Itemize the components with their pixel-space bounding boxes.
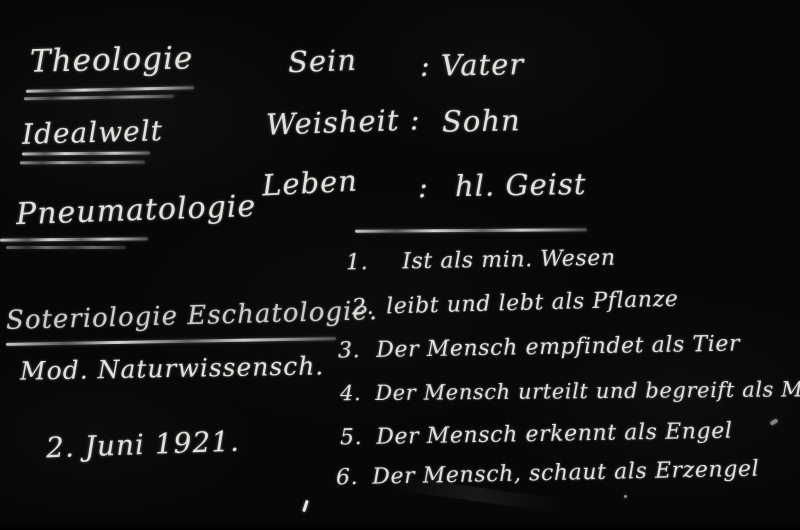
- underline-soteriologie: [6, 337, 336, 346]
- chalk-speck: [302, 500, 309, 512]
- trinity-term-weisheit: Weisheit :: [265, 102, 421, 141]
- heading-pneumatologie: Pneumatologie: [15, 189, 256, 232]
- trinity-person-vater: : Vater: [420, 47, 525, 83]
- stage-number: 4.: [340, 381, 361, 405]
- stage-number: 3.: [338, 338, 361, 363]
- trinity-term-leben: Leben: [261, 164, 358, 203]
- underline-pneumatologie-2: [6, 246, 126, 249]
- date-label: 2. Juni 1921.: [45, 425, 240, 465]
- blackboard-photo: Theologie Idealwelt Pneumatologie Soteri…: [0, 0, 800, 530]
- chalk-speck: [770, 418, 779, 425]
- underline-pneumatologie-1: [0, 237, 148, 241]
- heading-theologie: Theologie: [30, 40, 194, 79]
- stage-number: 5.: [340, 425, 363, 450]
- stage-text: Der Mensch erkennt als Engel: [376, 419, 733, 450]
- stage-number: 2.: [352, 295, 375, 321]
- trinity-person-hl-geist: hl. Geist: [455, 167, 587, 203]
- stage-item-4: 4.Der Mensch urteilt und begreift als Me…: [340, 377, 800, 406]
- trinity-colon-leben: :: [418, 170, 429, 204]
- stage-text: Ist als min. Wesen: [402, 246, 616, 275]
- heading-soteriologie-eschatologie: Soteriologie Eschatologie.: [6, 296, 379, 336]
- underline-idealwelt-1: [22, 151, 150, 155]
- stage-text: leibt und lebt als Pflanze: [386, 287, 679, 320]
- underline-idealwelt-2: [20, 161, 145, 165]
- trinity-person-sohn: Sohn: [442, 103, 521, 138]
- stage-item-2: 2.leibt und lebt als Pflanze: [352, 287, 679, 321]
- list-divider-line: [355, 228, 587, 233]
- photo-bottom-edge: [0, 523, 800, 530]
- stage-item-1: 1.Ist als min. Wesen: [346, 246, 616, 276]
- stage-number: 6.: [336, 465, 359, 490]
- stage-number: 1.: [346, 250, 369, 275]
- stage-item-5: 5.Der Mensch erkennt als Engel: [340, 419, 733, 451]
- stage-text: Der Mensch urteilt und begreift als Mens…: [375, 377, 800, 405]
- underline-theologie-1: [26, 86, 194, 93]
- stage-item-3: 3.Der Mensch empfindet als Tier: [338, 331, 741, 363]
- heading-idealwelt: Idealwelt: [22, 114, 164, 151]
- chalk-speck: [624, 495, 627, 498]
- underline-theologie-2: [24, 95, 174, 101]
- stage-text: Der Mensch empfindet als Tier: [376, 331, 740, 362]
- heading-mod-naturwissensch: Mod. Naturwissensch.: [20, 351, 325, 385]
- trinity-term-sein: Sein: [287, 43, 357, 79]
